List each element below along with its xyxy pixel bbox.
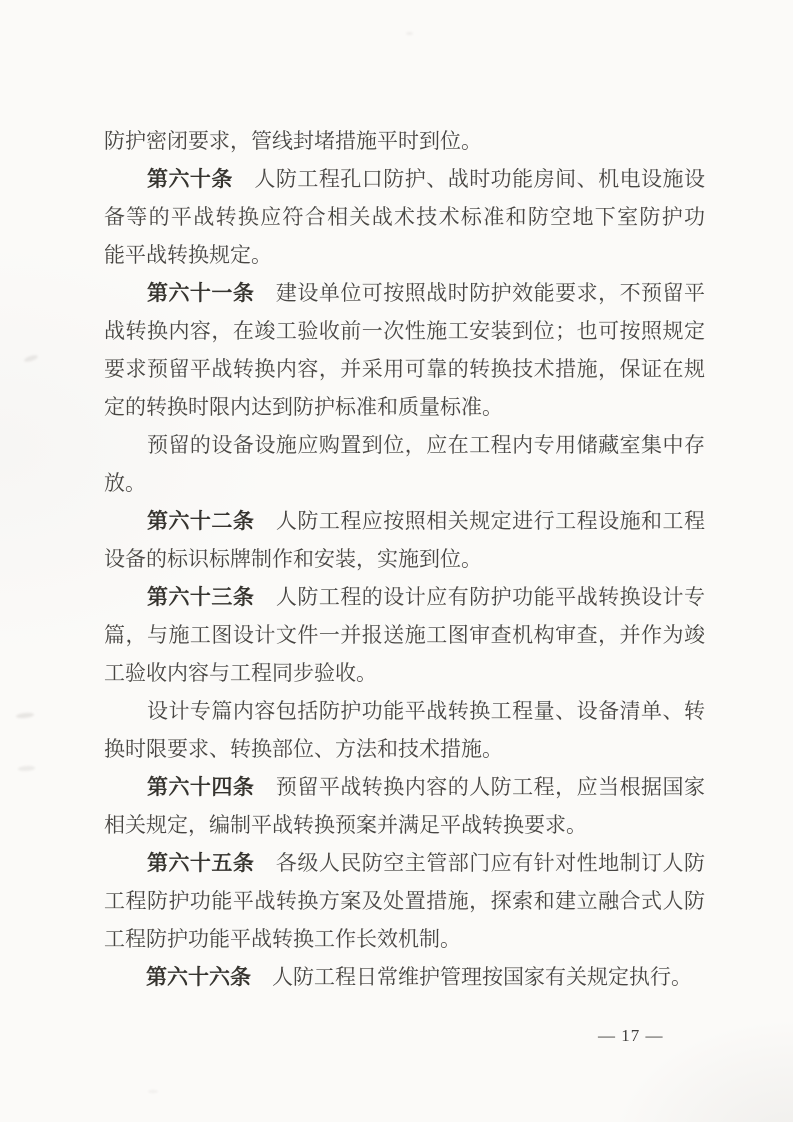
line-text: 定的转换时限内达到防护标准和质量标准。 bbox=[104, 395, 503, 419]
text-line: 第六十四条 预留平战转换内容的人防工程，应当根据国家 bbox=[104, 768, 705, 806]
scan-artifact bbox=[24, 354, 39, 363]
article-number: 第六十条 bbox=[147, 168, 233, 191]
text-line: 防护密闭要求，管线封堵措施平时到位。 bbox=[104, 122, 705, 160]
text-line: 设计专篇内容包括防护功能平战转换工程量、设备清单、转 bbox=[104, 692, 705, 730]
paragraph-indent bbox=[104, 281, 147, 305]
line-text: 设计专篇内容包括防护功能平战转换工程量、设备清单、转 bbox=[147, 699, 705, 723]
text-line: 工验收内容与工程同步验收。 bbox=[104, 654, 705, 692]
text-line: 备等的平战转换应符合相关战术技术标准和防空地下室防护功 bbox=[104, 198, 705, 236]
text-line: 工程防护功能平战转换方案及处置措施，探索和建立融合式人防 bbox=[104, 882, 705, 920]
line-text: 建设单位可按照战时防护效能要求，不预留平 bbox=[254, 281, 705, 305]
text-line: 工程防护功能平战转换工作长效机制。 bbox=[104, 920, 705, 958]
line-text: 相关规定，编制平战转换预案并满足平战转换要求。 bbox=[104, 813, 587, 837]
text-line: 第六十六条 人防工程日常维护管理按国家有关规定执行。 bbox=[104, 958, 705, 996]
text-line: 预留的设备设施应购置到位，应在工程内专用储藏室集中存 bbox=[104, 426, 705, 464]
text-line: 篇，与施工图设计文件一并报送施工图审查机构审查，并作为竣 bbox=[104, 616, 705, 654]
line-text: 工验收内容与工程同步验收。 bbox=[104, 661, 377, 685]
article-number: 第六十六条 bbox=[146, 966, 251, 989]
line-text: 战转换内容，在竣工验收前一次性施工安装到位；也可按照规定 bbox=[104, 319, 705, 343]
line-text: 人防工程孔口防护、战时功能房间、机电设施设 bbox=[233, 167, 705, 191]
paragraph-indent bbox=[104, 851, 147, 875]
text-line: 战转换内容，在竣工验收前一次性施工安装到位；也可按照规定 bbox=[104, 312, 705, 350]
paragraph-indent bbox=[104, 433, 147, 457]
paragraph-indent bbox=[104, 965, 146, 989]
line-text: 设备的标识标牌制作和安装，实施到位。 bbox=[104, 547, 482, 571]
text-line: 相关规定，编制平战转换预案并满足平战转换要求。 bbox=[104, 806, 705, 844]
text-line: 第六十三条 人防工程的设计应有防护功能平战转换设计专 bbox=[104, 578, 705, 616]
text-line: 第六十五条 各级人民防空主管部门应有针对性地制订人防 bbox=[104, 844, 705, 882]
text-line: 定的转换时限内达到防护标准和质量标准。 bbox=[104, 388, 705, 426]
line-text: 人防工程日常维护管理按国家有关规定执行。 bbox=[251, 965, 692, 989]
line-text: 防护密闭要求，管线封堵措施平时到位。 bbox=[104, 129, 482, 153]
page-number: — 17 — bbox=[598, 1026, 698, 1046]
line-text: 换时限要求、转换部位、方法和技术措施。 bbox=[104, 737, 503, 761]
article-number: 第六十一条 bbox=[147, 282, 254, 305]
line-text: 各级人民防空主管部门应有针对性地制订人防 bbox=[254, 851, 705, 875]
article-number: 第六十三条 bbox=[147, 586, 254, 609]
text-line: 第六十条 人防工程孔口防护、战时功能房间、机电设施设 bbox=[104, 160, 705, 198]
paragraph-indent bbox=[104, 509, 147, 533]
text-line: 第六十二条 人防工程应按照相关规定进行工程设施和工程 bbox=[104, 502, 705, 540]
article-number: 第六十二条 bbox=[147, 510, 254, 533]
line-text: 放。 bbox=[104, 471, 146, 495]
text-line: 换时限要求、转换部位、方法和技术措施。 bbox=[104, 730, 705, 768]
article-number: 第六十五条 bbox=[147, 852, 254, 875]
text-line: 能平战转换规定。 bbox=[104, 236, 705, 274]
line-text: 工程防护功能平战转换工作长效机制。 bbox=[104, 927, 461, 951]
paragraph-indent bbox=[104, 699, 147, 723]
line-text: 预留平战转换内容的人防工程，应当根据国家 bbox=[254, 775, 705, 799]
line-text: 预留的设备设施应购置到位，应在工程内专用储藏室集中存 bbox=[147, 433, 705, 457]
text-line: 放。 bbox=[104, 464, 705, 502]
line-text: 备等的平战转换应符合相关战术技术标准和防空地下室防护功 bbox=[104, 205, 705, 229]
line-text: 能平战转换规定。 bbox=[104, 243, 272, 267]
line-text: 篇，与施工图设计文件一并报送施工图审查机构审查，并作为竣 bbox=[104, 623, 705, 647]
scan-artifact bbox=[148, 1090, 158, 1093]
text-line: 第六十一条 建设单位可按照战时防护效能要求，不预留平 bbox=[104, 274, 705, 312]
scan-artifact bbox=[18, 765, 35, 771]
line-text: 人防工程的设计应有防护功能平战转换设计专 bbox=[254, 585, 705, 609]
line-text: 人防工程应按照相关规定进行工程设施和工程 bbox=[254, 509, 705, 533]
document-text: 防护密闭要求，管线封堵措施平时到位。 第六十条 人防工程孔口防护、战时功能房间、… bbox=[104, 122, 705, 996]
scan-artifact bbox=[16, 712, 34, 719]
paragraph-indent bbox=[104, 775, 147, 799]
article-number: 第六十四条 bbox=[147, 776, 254, 799]
paragraph-indent bbox=[104, 585, 147, 609]
text-line: 设备的标识标牌制作和安装，实施到位。 bbox=[104, 540, 705, 578]
scan-artifact bbox=[406, 32, 413, 35]
line-text: 工程防护功能平战转换方案及处置措施，探索和建立融合式人防 bbox=[104, 889, 705, 913]
paragraph-indent bbox=[104, 167, 147, 191]
document-page: 防护密闭要求，管线封堵措施平时到位。 第六十条 人防工程孔口防护、战时功能房间、… bbox=[0, 0, 793, 1122]
text-line: 要求预留平战转换内容，并采用可靠的转换技术措施，保证在规 bbox=[104, 350, 705, 388]
line-text: 要求预留平战转换内容，并采用可靠的转换技术措施，保证在规 bbox=[104, 357, 705, 381]
